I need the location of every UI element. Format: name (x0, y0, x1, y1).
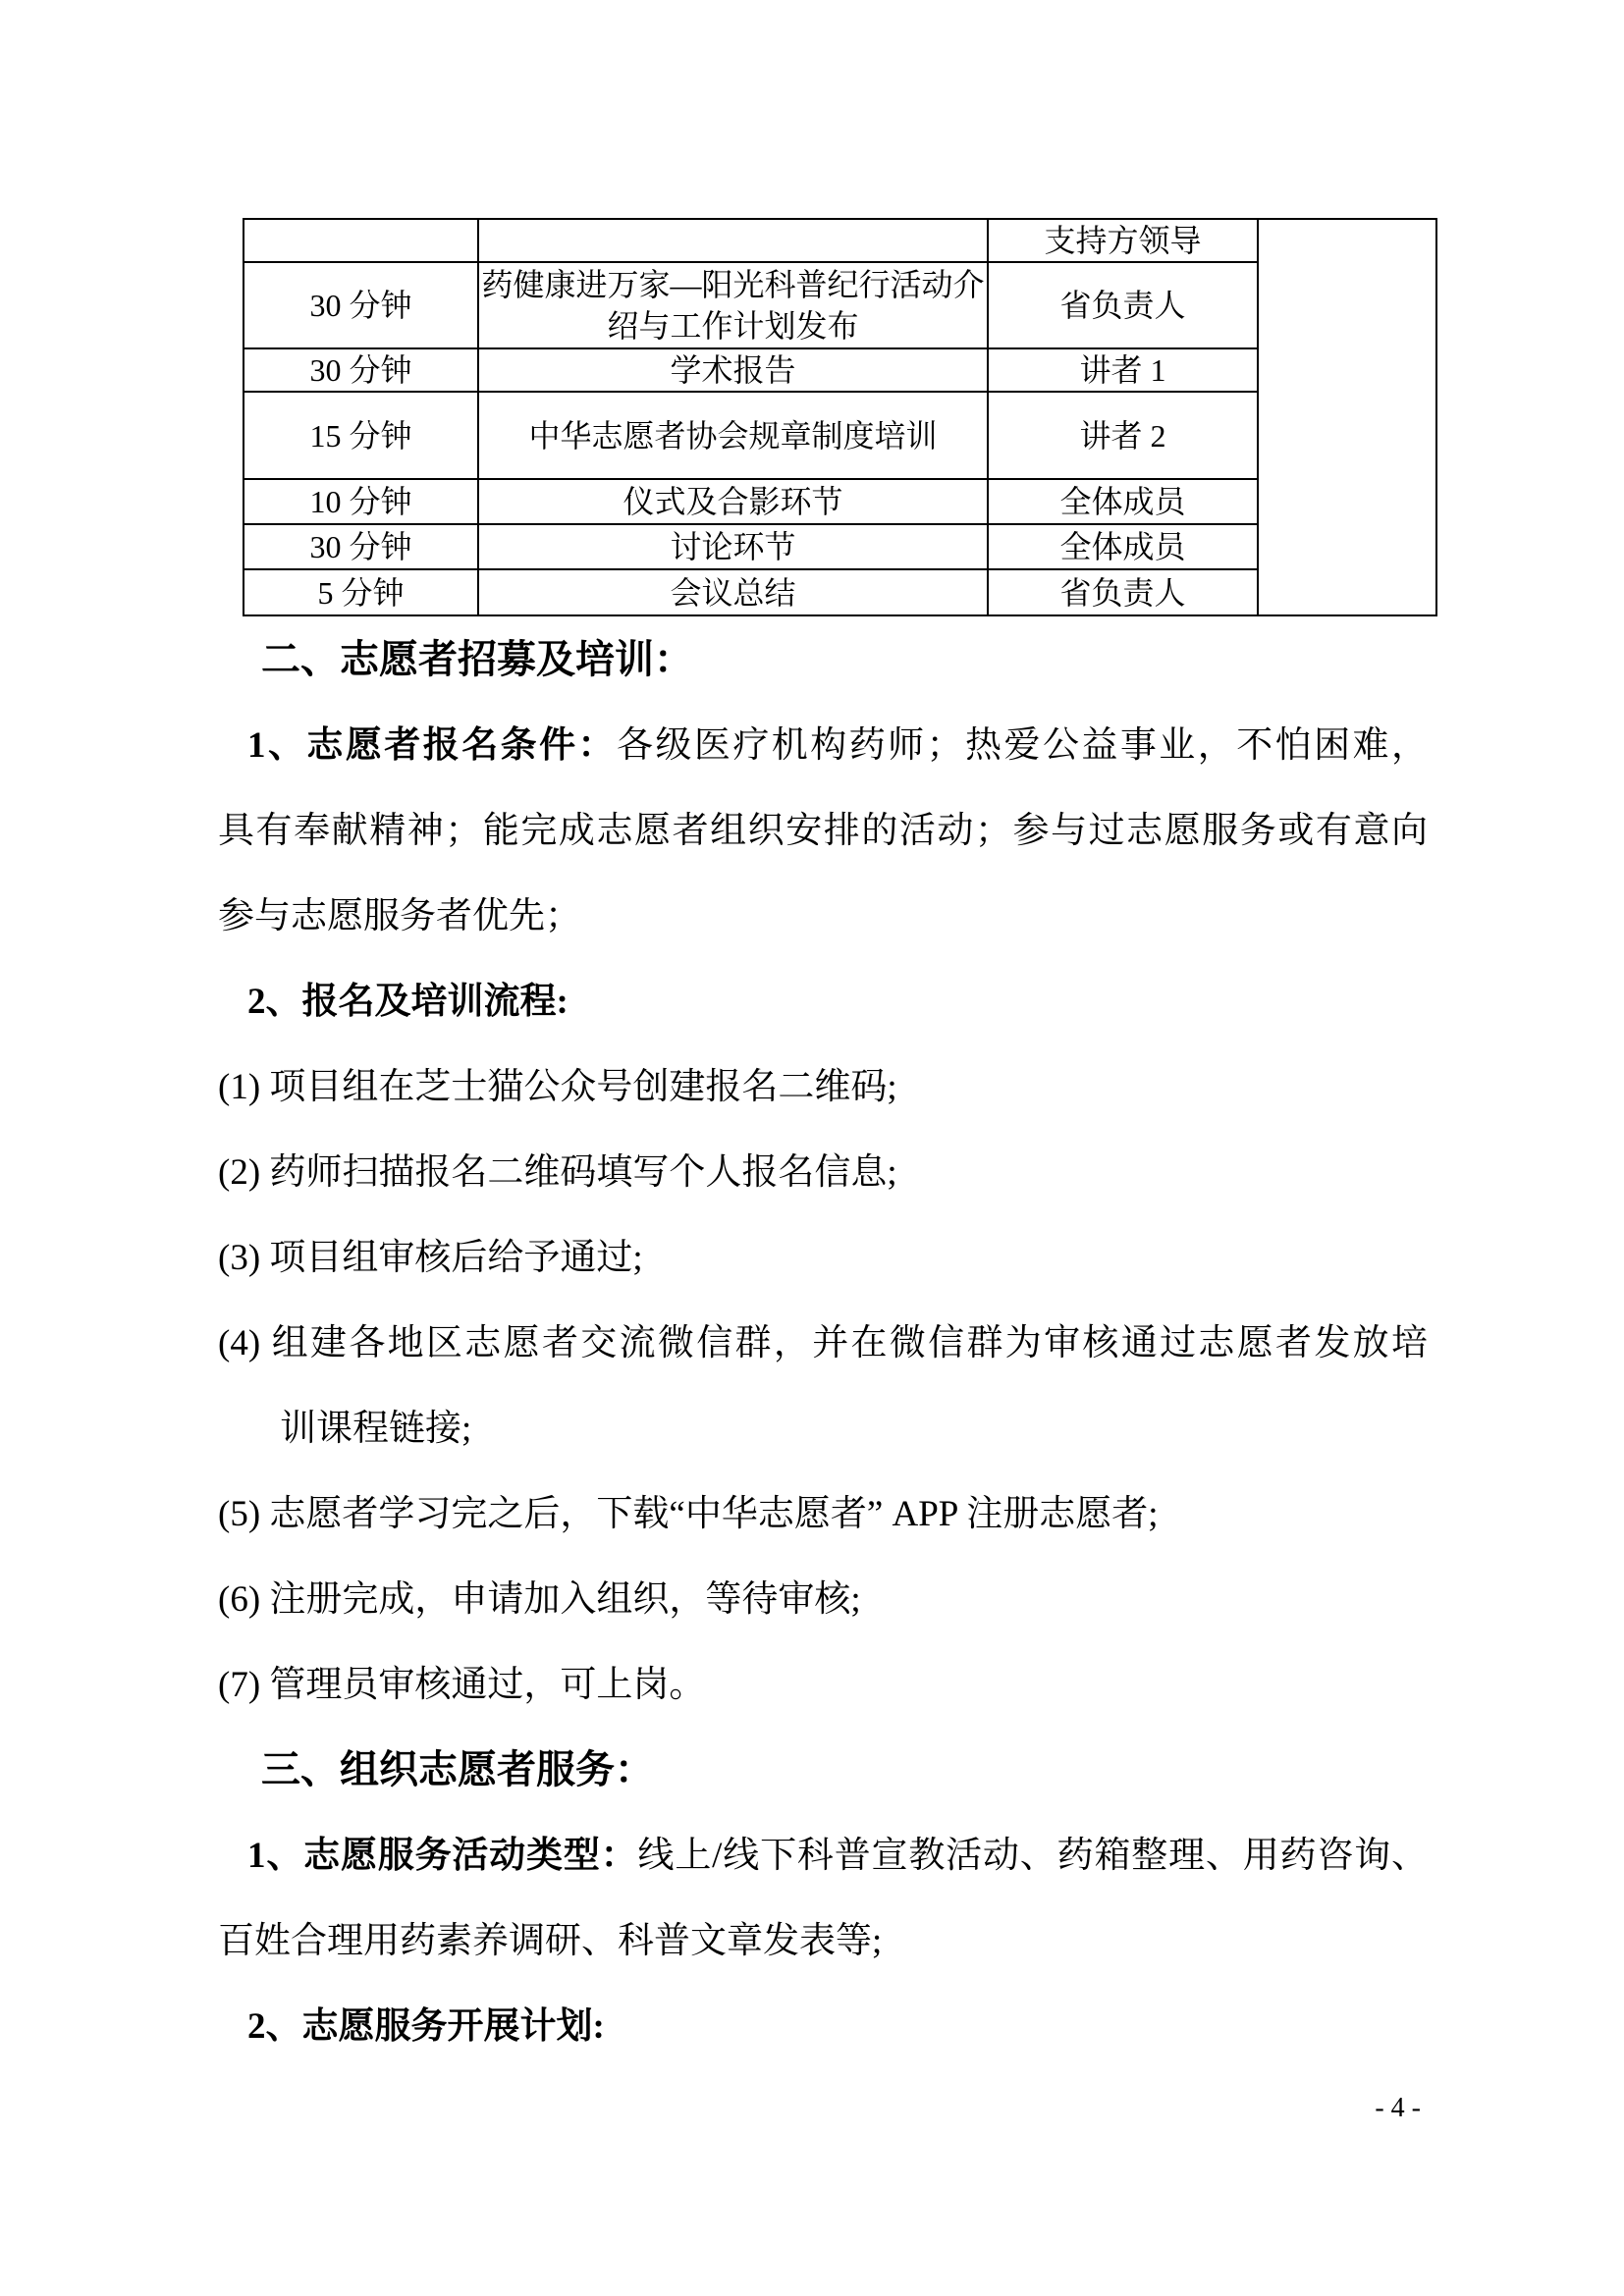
activity-cell: 仪式及合影环节 (479, 480, 989, 525)
duration-cell: 30 分钟 (244, 525, 479, 570)
activity-cell: 学术报告 (479, 349, 989, 393)
list-item-3: (3) 项目组审核后给予通过; (218, 1215, 1428, 1301)
paragraph-line: 具有奉献精神；能完成志愿者组织安排的活动；参与过志愿服务或有意向 (218, 788, 1428, 874)
speaker-cell: 省负责人 (989, 570, 1259, 614)
paragraph-registration-conditions: 1、志愿者报名条件：各级医疗机构药师；热爱公益事业，不怕困难， (218, 703, 1428, 788)
text-run: 二、志愿者招募及培训： (261, 638, 693, 681)
duration-cell: 15 分钟 (244, 393, 479, 480)
activity-cell (479, 220, 989, 263)
text-run: 训课程链接; (280, 1409, 471, 1449)
list-item-7: (7) 管理员审核通过，可上岗。 (218, 1642, 1428, 1728)
text-run: (2) 药师扫描报名二维码填写个人报名信息; (218, 1152, 897, 1193)
section-heading-volunteer-recruitment: 二、志愿者招募及培训： (218, 617, 1428, 703)
list-item-4-continuation: 训课程链接; (218, 1386, 1428, 1471)
activity-cell: 会议总结 (479, 570, 989, 614)
text-run: 三、组织志愿者服务： (261, 1748, 654, 1791)
activity-cell: 讨论环节 (479, 525, 989, 570)
list-item-4: (4) 组建各地区志愿者交流微信群，并在微信群为审核通过志愿者发放培 (218, 1301, 1428, 1386)
subheading-service-plan: 2、志愿服务开展计划: (218, 1984, 1428, 2069)
speaker-cell: 全体成员 (989, 480, 1259, 525)
text-run: (1) 项目组在芝士猫公众号创建报名二维码; (218, 1067, 897, 1107)
speaker-cell: 支持方领导 (989, 220, 1259, 263)
paragraph-line: 参与志愿服务者优先； (218, 874, 1428, 959)
text-run: 线上/线下科普宣教活动、药箱整理、用药咨询、 (638, 1836, 1429, 1876)
document-body: 二、志愿者招募及培训： 1、志愿者报名条件：各级医疗机构药师；热爱公益事业，不怕… (218, 617, 1428, 2069)
duration-cell: 30 分钟 (244, 263, 479, 349)
notes-cell (1259, 220, 1435, 614)
document-page: 支持方领导 30 分钟 药健康进万家—阳光科普纪行活动介 绍与工作计划发布 省负… (0, 0, 1624, 2296)
duration-cell: 5 分钟 (244, 570, 479, 614)
text-run: (5) 志愿者学习完之后，下载“中华志愿者” APP 注册志愿者; (218, 1494, 1159, 1534)
speaker-cell: 省负责人 (989, 263, 1259, 349)
subheading-registration-process: 2、报名及培训流程: (218, 959, 1428, 1044)
text-run: (6) 注册完成，申请加入组织，等待审核; (218, 1579, 861, 1620)
text-run: 1、志愿服务活动类型： (247, 1836, 638, 1876)
activity-cell: 中华志愿者协会规章制度培训 (479, 393, 989, 480)
agenda-table: 支持方领导 30 分钟 药健康进万家—阳光科普纪行活动介 绍与工作计划发布 省负… (243, 218, 1437, 616)
list-item-1: (1) 项目组在芝士猫公众号创建报名二维码; (218, 1044, 1428, 1130)
speaker-cell: 讲者 2 (989, 393, 1259, 480)
paragraph-line: 百姓合理用药素养调研、科普文章发表等; (218, 1898, 1428, 1984)
text-run: 具有奉献精神；能完成志愿者组织安排的活动；参与过志愿服务或有意向 (218, 811, 1428, 851)
speaker-cell: 讲者 1 (989, 349, 1259, 393)
activity-cell: 药健康进万家—阳光科普纪行活动介 绍与工作计划发布 (479, 263, 989, 349)
speaker-cell: 全体成员 (989, 525, 1259, 570)
text-run: 参与志愿服务者优先； (218, 896, 581, 936)
text-run: 1、志愿者报名条件： (247, 725, 617, 766)
list-item-6: (6) 注册完成，申请加入组织，等待审核; (218, 1557, 1428, 1642)
page-number: - 4 - (1375, 2095, 1421, 2122)
text-run: 各级医疗机构药师；热爱公益事业，不怕困难， (617, 725, 1428, 766)
text-run: 百姓合理用药素养调研、科普文章发表等; (218, 1921, 882, 1961)
paragraph-service-activity-types: 1、志愿服务活动类型：线上/线下科普宣教活动、药箱整理、用药咨询、 (218, 1813, 1428, 1898)
text-run: 2、志愿服务开展计划: (247, 2006, 605, 2047)
text-run: (3) 项目组审核后给予通过; (218, 1238, 643, 1278)
text-run: (4) 组建各地区志愿者交流微信群，并在微信群为审核通过志愿者发放培 (218, 1323, 1428, 1363)
duration-cell: 10 分钟 (244, 480, 479, 525)
list-item-5: (5) 志愿者学习完之后，下载“中华志愿者” APP 注册志愿者; (218, 1471, 1428, 1557)
duration-cell (244, 220, 479, 263)
section-heading-organize-volunteer-service: 三、组织志愿者服务： (218, 1728, 1428, 1813)
text-run: 2、报名及培训流程: (247, 982, 568, 1022)
text-run: (7) 管理员审核通过，可上岗。 (218, 1665, 705, 1705)
duration-cell: 30 分钟 (244, 349, 479, 393)
list-item-2: (2) 药师扫描报名二维码填写个人报名信息; (218, 1130, 1428, 1215)
